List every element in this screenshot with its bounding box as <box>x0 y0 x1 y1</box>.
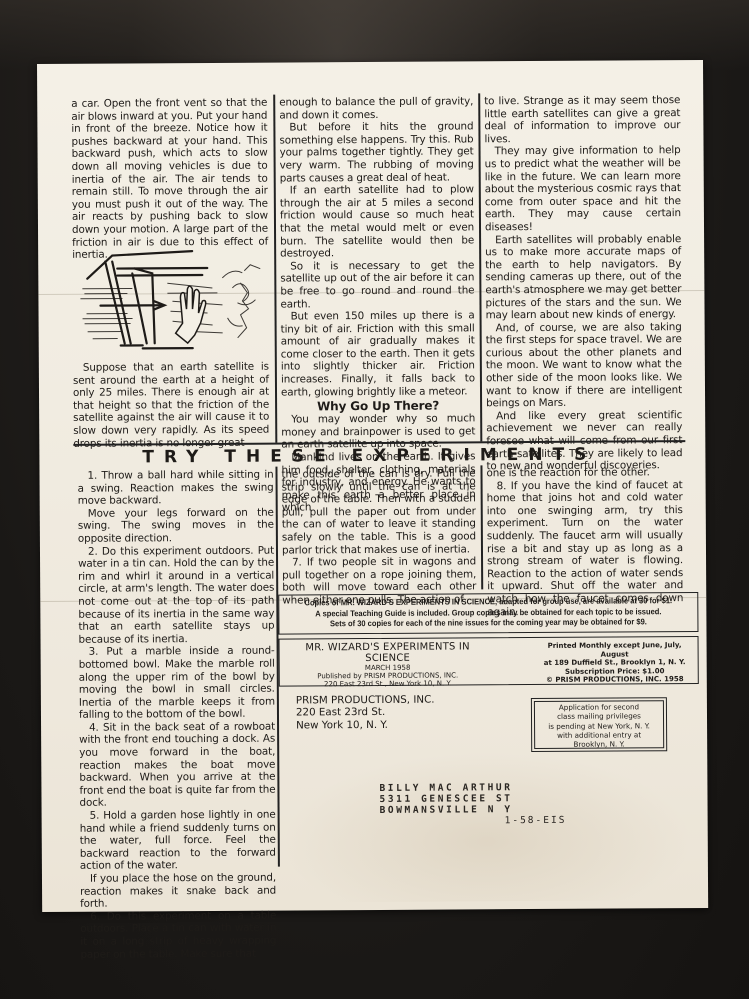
experiment-paragraph: 6. Do this experiment on a table outdoor… <box>80 909 276 961</box>
masthead-publication: MR. WIZARD'S EXPERIMENTS IN SCIENCE MARC… <box>288 642 488 688</box>
top-column-1: a car. Open the front vent so that the a… <box>71 97 268 262</box>
masthead-printing-info: Printed Monthly except June, July, Augus… <box>540 641 690 684</box>
experiment-paragraph: 3. Put a marble inside a round-bottomed … <box>79 645 275 722</box>
paragraph: But even 150 miles up there is a tiny bi… <box>281 309 476 398</box>
notice-line: Sets of 30 copies for each of the nine i… <box>296 617 681 630</box>
paragraph: a car. Open the front vent so that the a… <box>71 97 268 262</box>
top-column-1-continued: Suppose that an earth satellite is sent … <box>73 361 270 450</box>
address-line: 220 East 23rd St. <box>296 706 435 719</box>
experiments-column-2: the outside of the can is dry. Pull the … <box>281 467 476 607</box>
notice-line: is pending at New York, N. Y. <box>532 721 666 731</box>
paragraph: Suppose that an earth satellite is sent … <box>73 361 270 450</box>
group-copies-notice: Copies of MR. WIZARD'S EXPERIMENTS IN SC… <box>278 592 698 635</box>
notice-line: Brooklyn, N. Y. <box>532 739 666 749</box>
top-column-3: to live. Strange as it may seem those li… <box>484 94 682 473</box>
paragraph: And, of course, we are also taking the f… <box>486 321 683 410</box>
experiment-paragraph: If you place the hose on the ground, rea… <box>80 872 276 911</box>
experiment-paragraph: 5. Hold a garden hose lightly in one han… <box>80 809 276 873</box>
copyright: © PRISM PRODUCTIONS, INC. 1958 <box>540 675 690 684</box>
return-address: PRISM PRODUCTIONS, INC. 220 East 23rd St… <box>296 694 435 732</box>
experiment-paragraph: 4. Sit in the back seat of a rowboat wit… <box>79 720 276 809</box>
experiment-paragraph: the outside of the can is dry. Pull the … <box>281 467 476 556</box>
mailing-privileges-notice: Application for second class mailing pri… <box>531 697 667 752</box>
masthead: MR. WIZARD'S EXPERIMENTS IN SCIENCE MARC… <box>279 636 699 687</box>
publisher-address: 220 East 23rd St., New York 10, N. Y. <box>288 679 488 688</box>
publication-title: MR. WIZARD'S EXPERIMENTS IN SCIENCE <box>288 642 488 664</box>
hand-in-breeze-illustration <box>72 243 273 354</box>
mailing-label: BILLY MAC ARTHUR 5311 GENESCEE ST BOWMAN… <box>379 782 566 827</box>
column-divider <box>478 93 482 441</box>
address-line: PRISM PRODUCTIONS, INC. <box>296 694 435 707</box>
printed-address: at 189 Duffield St., Brooklyn 1, N. Y. <box>540 658 690 667</box>
paragraph: They may give information to help us to … <box>485 144 682 233</box>
address-line: New York 10, N. Y. <box>296 718 435 731</box>
experiments-column-1: 1. Throw a ball hard while sitting in a … <box>77 469 276 961</box>
paragraph: If an earth satellite had to plow throug… <box>280 184 474 261</box>
experiment-paragraph: 2. Do this experiment outdoors. Put wate… <box>78 544 275 646</box>
experiments-title: TRY THESE EXPERIMENTS <box>79 444 659 468</box>
paragraph: So it is necessary to get the satellite … <box>280 259 474 311</box>
experiment-paragraph: 1. Throw a ball hard while sitting in a … <box>77 469 273 508</box>
paragraph: Earth satellites will probably enable us… <box>485 233 682 322</box>
experiment-paragraph: one is the reaction for the other. <box>486 466 682 480</box>
column-divider <box>273 95 277 443</box>
subscriber-code: 1-58-EIS <box>380 815 567 827</box>
newsletter-page: a car. Open the front vent so that the a… <box>37 60 708 912</box>
paragraph: But before it hits the ground something … <box>279 121 473 185</box>
section-heading: Why Go Up There? <box>281 399 475 414</box>
paragraph: enough to balance the pull of gravity, a… <box>279 95 473 121</box>
paragraph: to live. Strange as it may seem those li… <box>484 94 680 146</box>
printed-info: Printed Monthly except June, July, Augus… <box>540 641 690 659</box>
experiment-paragraph: Move your legs forward on the swing. The… <box>78 506 274 545</box>
column-divider <box>480 465 483 589</box>
